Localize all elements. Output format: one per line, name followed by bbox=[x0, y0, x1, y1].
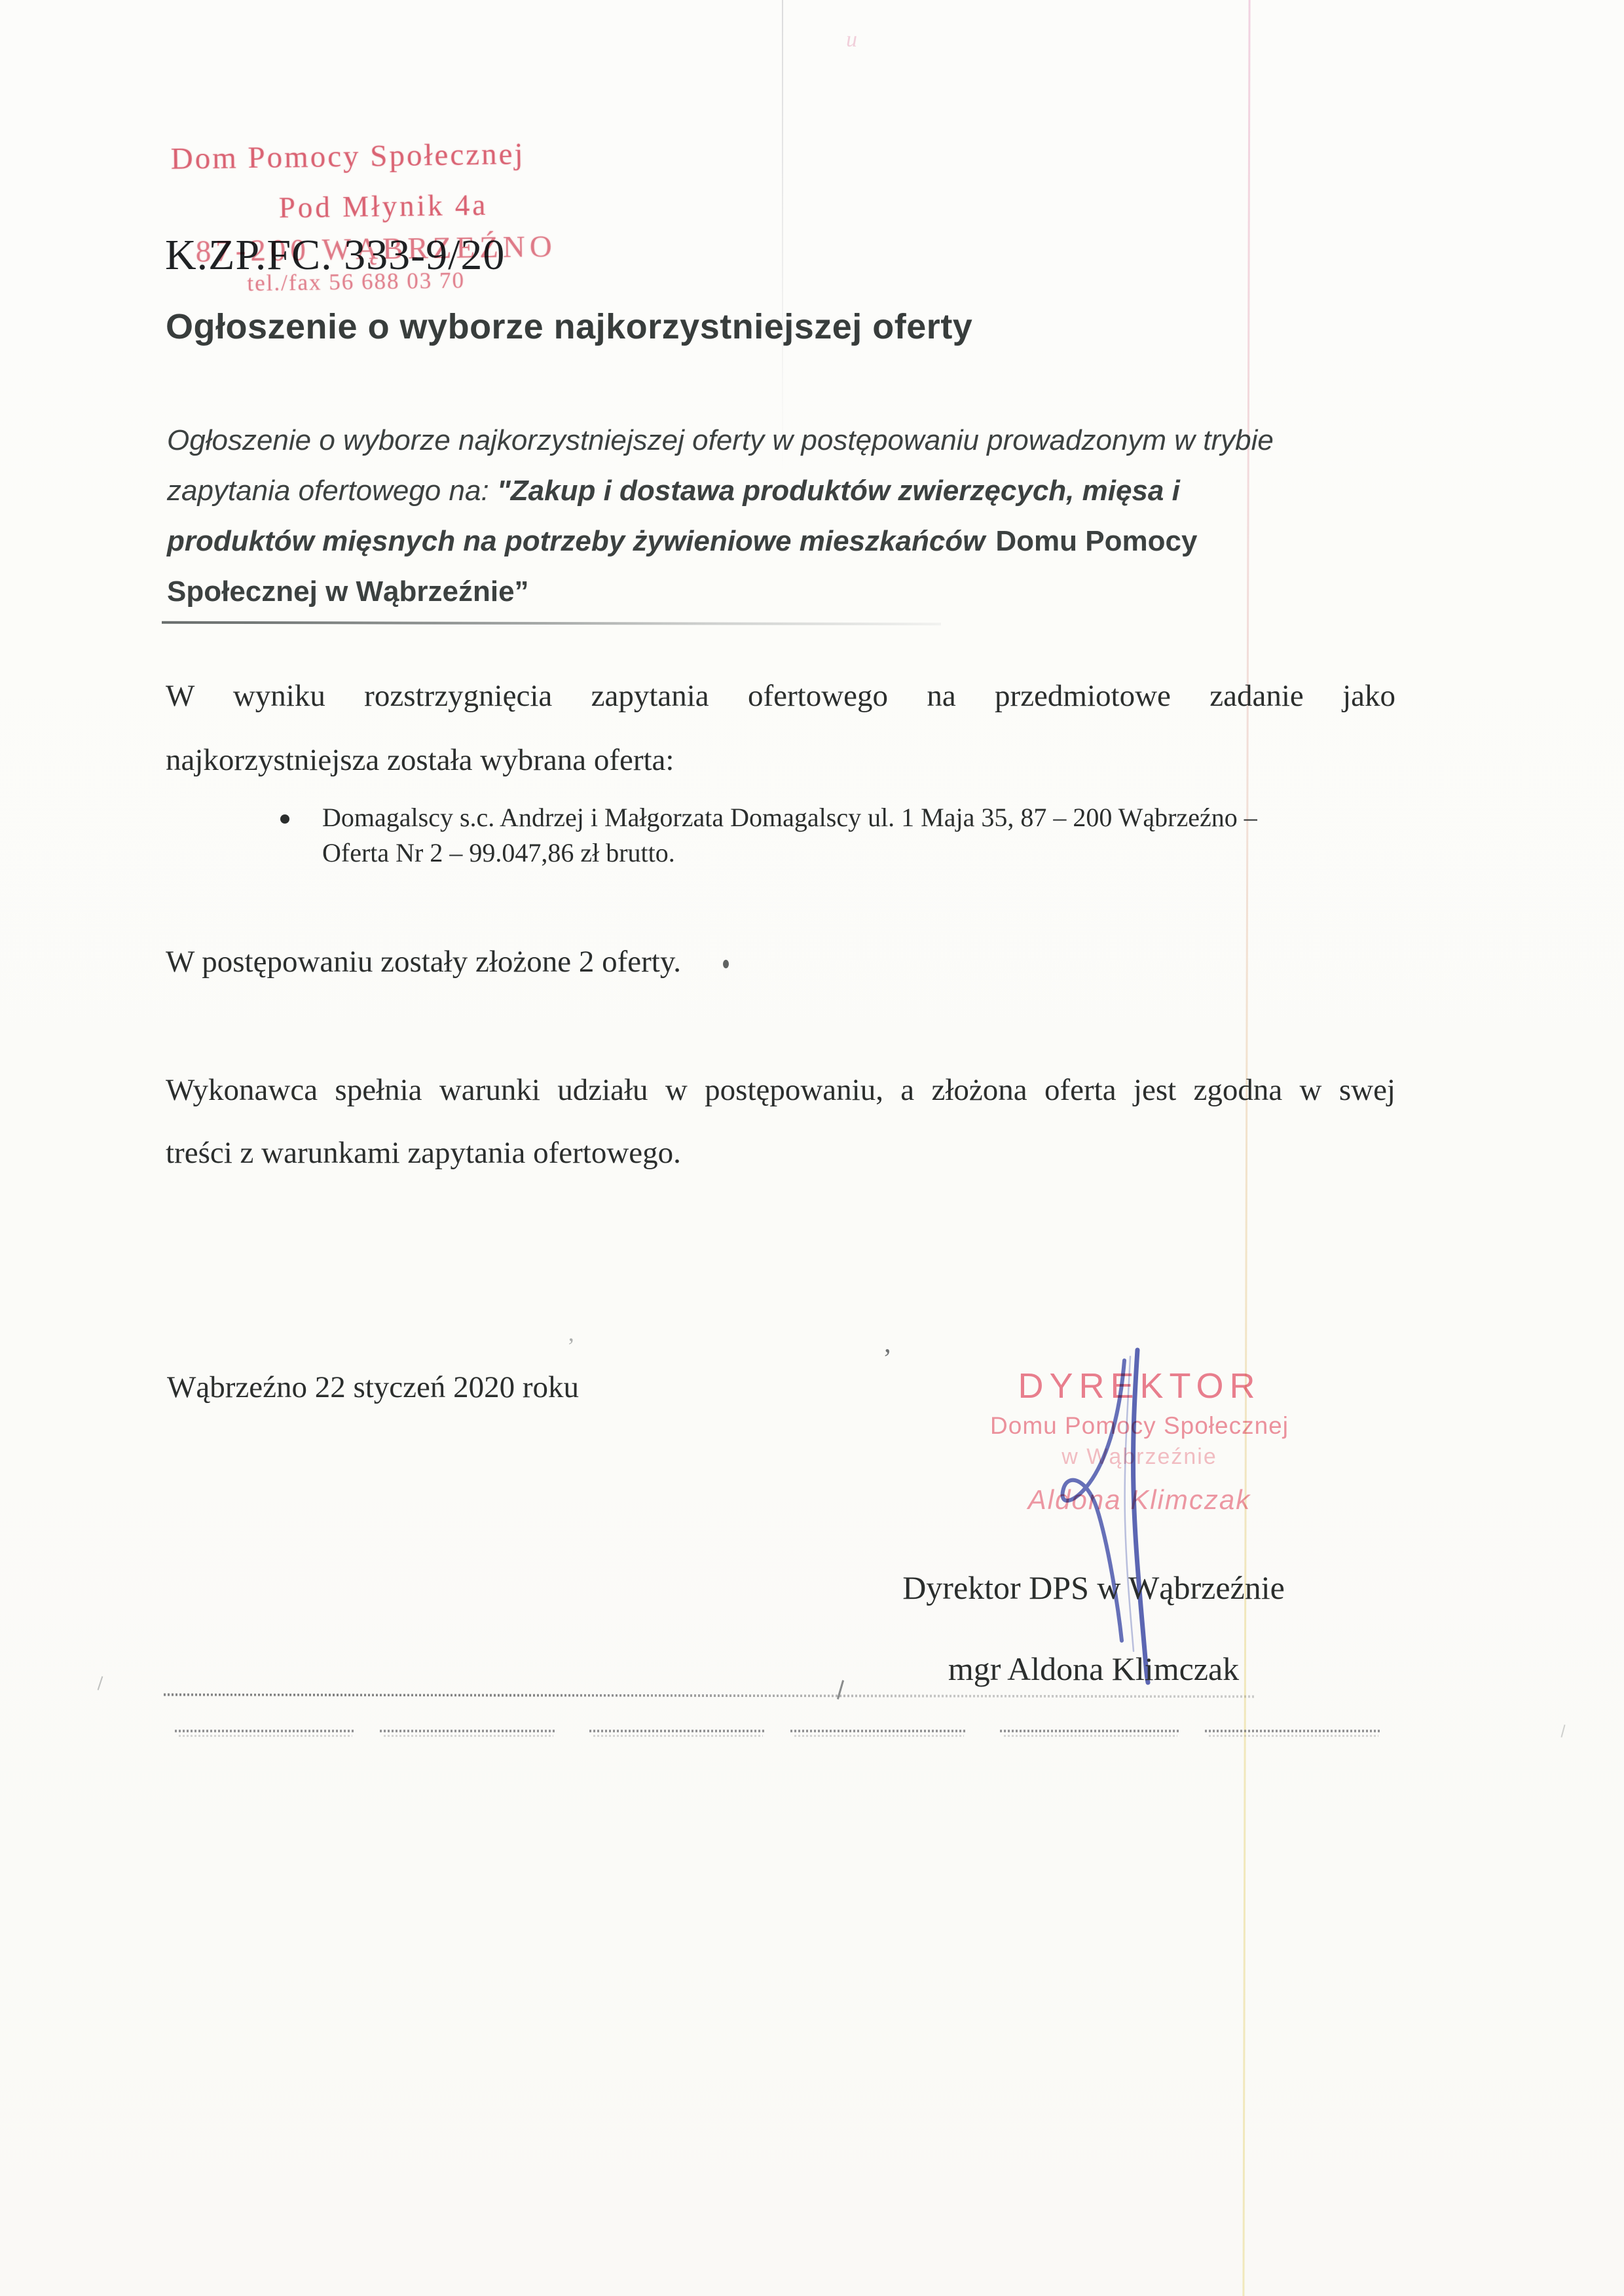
intro-line-1: Ogłoszenie o wyborze najkorzystniejszej … bbox=[167, 415, 1319, 465]
intro-line-4-bold-upright: Społecznej w Wąbrzeźnie” bbox=[167, 575, 529, 608]
scan-artifact-dash-segment bbox=[790, 1730, 967, 1738]
document-title: Ogłoszenie o wyborze najkorzystniejszej … bbox=[166, 306, 972, 347]
office-stamp-street: Pod Młynik 4a bbox=[278, 185, 706, 225]
selected-offer-item: Domagalscy s.c. Andrzej i Małgorzata Dom… bbox=[322, 800, 1318, 871]
intro-line-2-bold: "Zakup i dostawa produktów zwierzęcych, … bbox=[497, 475, 1180, 507]
result-paragraph-line-2: najkorzystniejsza została wybrana oferta… bbox=[166, 742, 1395, 778]
signatory-name: mgr Aldona Klimczak bbox=[877, 1650, 1310, 1688]
scan-artifact-dash-segment bbox=[1000, 1730, 1181, 1738]
selected-offer-line-1: Domagalscy s.c. Andrzej i Małgorzata Dom… bbox=[322, 800, 1318, 835]
office-stamp-name: Dom Pomocy Społecznej bbox=[170, 134, 705, 176]
scan-speck bbox=[98, 1676, 103, 1690]
intro-line-3-bold-upright: Domu Pomocy bbox=[995, 525, 1197, 557]
intro-line-4: Społecznej w Wąbrzeźnie” bbox=[167, 566, 1319, 617]
compliance-line-1: Wykonawca spełnia warunki udziału w post… bbox=[166, 1072, 1395, 1108]
selected-offer-line-2: Oferta Nr 2 – 99.047,86 zł brutto. bbox=[322, 835, 1318, 871]
scan-artifact-dash-segment bbox=[175, 1730, 356, 1738]
intro-line-2-plain: zapytania ofertowego na: bbox=[167, 475, 497, 507]
scan-speck: ’ bbox=[567, 1332, 575, 1360]
scan-speck: u bbox=[846, 27, 857, 52]
signatory-position: Dyrektor DPS w Wąbrzeźnie bbox=[877, 1569, 1310, 1607]
offers-count-line: W postępowaniu zostały złożone 2 oferty. bbox=[166, 944, 1395, 979]
scan-artifact-dash-segment bbox=[380, 1730, 557, 1738]
signature-text-block: Dyrektor DPS w Wąbrzeźnie mgr Aldona Kli… bbox=[877, 1569, 1310, 1688]
section-divider-line bbox=[162, 621, 941, 625]
scan-speck: ’ bbox=[883, 1343, 892, 1375]
bullet-icon bbox=[280, 814, 289, 824]
scan-artifact-gray-line bbox=[782, 0, 783, 471]
intro-line-3-bold-italic: produktów mięsnych na potrzeby żywieniow… bbox=[167, 525, 985, 557]
scanned-document-page: Dom Pomocy Społecznej Pod Młynik 4a 87-2… bbox=[0, 0, 1624, 2296]
place-and-date: Wąbrzeźno 22 styczeń 2020 roku bbox=[167, 1370, 579, 1405]
intro-paragraph: Ogłoszenie o wyborze najkorzystniejszej … bbox=[167, 415, 1319, 617]
scan-speck bbox=[723, 960, 729, 968]
compliance-line-2: treści z warunkami zapytania ofertowego. bbox=[166, 1135, 1395, 1171]
intro-line-2: zapytania ofertowego na: "Zakup i dostaw… bbox=[167, 465, 1319, 516]
reference-number: K.ZP.FC. 333-9/20 bbox=[165, 230, 505, 280]
scan-speck bbox=[1560, 1724, 1565, 1738]
intro-line-3: produktów mięsnych na potrzeby żywieniow… bbox=[167, 516, 1319, 566]
result-paragraph-line-1: W wyniku rozstrzygnięcia zapytania ofert… bbox=[166, 678, 1395, 714]
scan-artifact-dash-segment bbox=[1205, 1730, 1382, 1738]
scan-artifact-dash-segment bbox=[589, 1730, 766, 1738]
